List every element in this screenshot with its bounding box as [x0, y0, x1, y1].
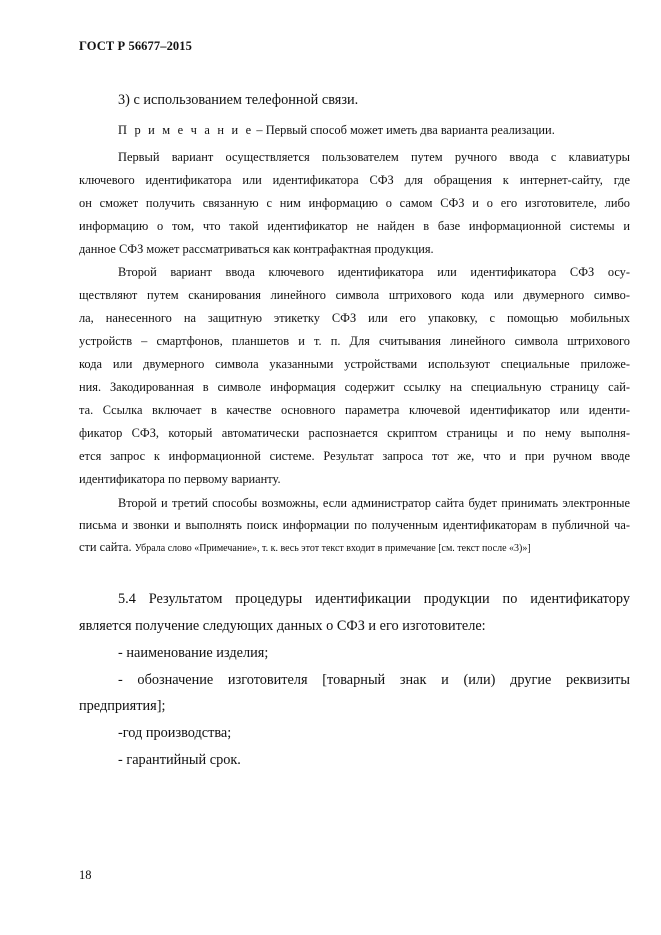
para2-line: устройств – смартфонов, планшетов и т. п… — [79, 334, 630, 349]
para3-ending: сти сайта. — [79, 540, 132, 554]
list-item: - обозначение изготовителя [товарный зна… — [118, 672, 630, 689]
para3-line: Второй и третий способы возможны, если а… — [118, 496, 630, 511]
para2-line: ется запрос к информационной системе. Ре… — [79, 449, 630, 464]
para2-line: ния. Закодированная в символе информация… — [79, 380, 630, 395]
list-item: -год производства; — [118, 725, 231, 742]
section-5-4-line: 5.4 Результатом процедуры идентификации … — [118, 591, 630, 608]
editor-comment: Убрала слово «Примечание», т. к. весь эт… — [135, 543, 531, 554]
list-item: - гарантийный срок. — [118, 752, 241, 769]
para1-line: он сможет получить связанную с ним инфор… — [79, 196, 630, 211]
list-item-continuation: предприятия]; — [79, 698, 165, 715]
para1-line: данное СФЗ может рассматриваться как кон… — [79, 242, 630, 257]
para3-last-line: сти сайта. Убрала слово «Примечание», т.… — [79, 540, 531, 555]
para2-line: кода или двумерного символа указанными у… — [79, 357, 630, 372]
note: П р и м е ч а н и е – Первый способ може… — [118, 123, 555, 138]
para2-line: идентификатора по первому варианту. — [79, 472, 630, 487]
para2-line: та. Ссылка включает в качестве основного… — [79, 403, 630, 418]
para1-line: ключевого идентификатора или идентификат… — [79, 173, 630, 188]
list-item: - наименование изделия; — [118, 645, 268, 662]
list-item-3: 3) с использованием телефонной связи. — [118, 92, 358, 109]
para2-line: фикатор СФЗ, который автоматически распо… — [79, 426, 630, 441]
note-text: – Первый способ может иметь два варианта… — [253, 123, 555, 137]
section-5-4-line: является получение следующих данных о СФ… — [79, 618, 486, 635]
para2-line: ла, нанесенного на защитную этикетку СФЗ… — [79, 311, 630, 326]
para1-line: информацию о том, что такой идентификато… — [79, 219, 630, 234]
para2-line: Второй вариант ввода ключевого идентифик… — [118, 265, 630, 280]
document-header: ГОСТ Р 56677–2015 — [79, 39, 192, 54]
para2-line: ществляют путем сканирования линейного с… — [79, 288, 630, 303]
para1-line: Первый вариант осуществляется пользовате… — [118, 150, 630, 165]
note-label: П р и м е ч а н и е — [118, 123, 253, 137]
page-number: 18 — [79, 868, 92, 883]
para3-line: письма и звонки и выполнять поиск информ… — [79, 518, 630, 533]
